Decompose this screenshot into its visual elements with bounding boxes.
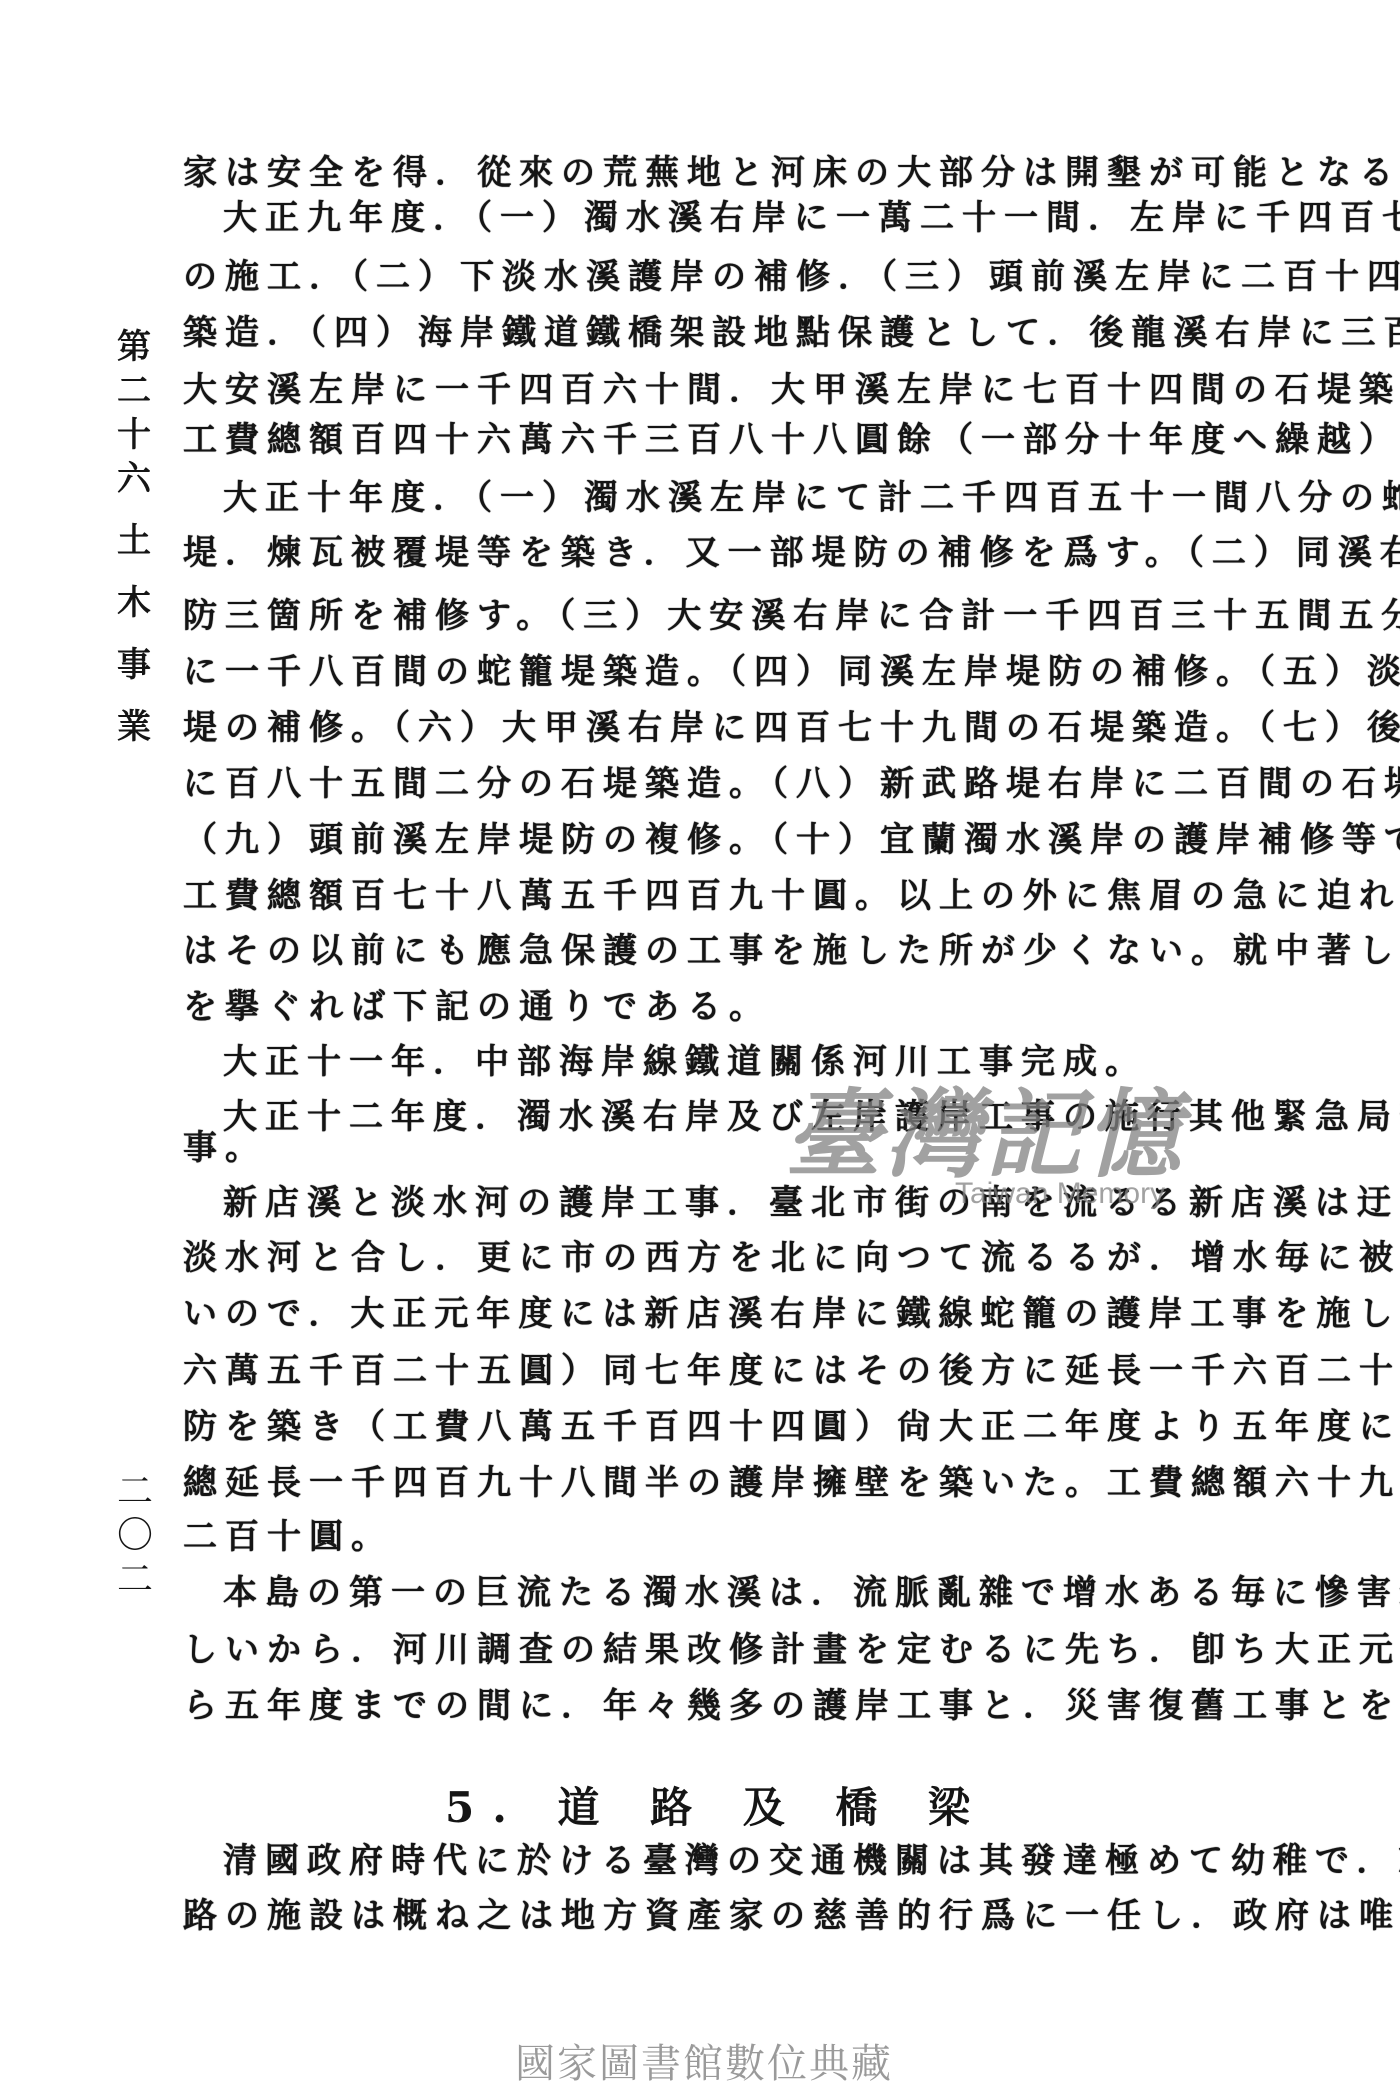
text-line: 防三箇所を補修す。（三）大安溪右岸に合計一千四百三十五間五分と．他 [183, 596, 1263, 636]
text-line: 堤の補修。（六）大甲溪右岸に四百七十九間の石堤築造。（七）後龍溪右岸 [183, 708, 1263, 748]
text-line: を擧ぐれば下記の通りである。 [183, 987, 1263, 1027]
library-footer: 國家圖書館數位典藏 [515, 2032, 893, 2089]
text-line: 清國政府時代に於ける臺灣の交通機關は其發達極めて幼稚で．就中道 [183, 1841, 1303, 1881]
text-line: 事。 [183, 1128, 1263, 1168]
chapter-title-char: 六 [112, 457, 156, 501]
text-line: 工費總額百四十六萬六千三百八十八圓餘（一部分十年度へ繰越） [183, 420, 1263, 460]
text-line: 六萬五千百二十五圓）同七年度にはその後方に延長一千六百二十間の堤 [183, 1351, 1263, 1391]
text-line: に百八十五間二分の石堤築造。（八）新武路堤右岸に二百間の石堤築造。 [183, 764, 1263, 804]
chapter-title-char: 木 [112, 581, 156, 625]
page-number-char: 二 [105, 1558, 165, 1602]
chapter-title-char: 第 [112, 325, 156, 369]
chapter-title-char: 事 [112, 643, 156, 687]
text-line: 淡水河と合し．更に市の西方を北に向つて流るるが．增水毎に被害が多 [183, 1238, 1263, 1278]
section-heading: 5. 道 路 及 橋 梁 [445, 1775, 988, 1835]
text-line: 大安溪左岸に一千四百六十間．大甲溪左岸に七百十四間の石堤築造．此 [183, 370, 1263, 410]
chapter-title-char: 十 [112, 413, 156, 457]
text-line: 新店溪と淡水河の護岸工事．臺北市街の南を流るる新店溪は迂曲して [183, 1183, 1303, 1223]
page-number-char: 二 [105, 1470, 165, 1514]
text-line: 大正十一年．中部海岸線鐵道關係河川工事完成。 [183, 1042, 1303, 1082]
text-line: いので．大正元年度には新店溪右岸に鐵線蛇籠の護岸工事を施し．（工費 [183, 1294, 1263, 1334]
text-line: 大正九年度．（一）濁水溪右岸に一萬二十一間．左岸に千四百七十六間 [183, 198, 1303, 238]
text-line: 工費總額百七十八萬五千四百九十圓。以上の外に焦眉の急に迫れる所に [183, 876, 1263, 916]
page-number: 二 〇 二 [105, 1470, 165, 1602]
text-line: 防を築き（工費八萬五千百四十四圓）尙大正二年度より五年度に亙り． [183, 1407, 1263, 1447]
chapter-title-char: 業 [112, 705, 156, 749]
text-line: 路の施設は概ね之は地方資產家の慈善的行爲に一任し．政府は唯一部幹 [183, 1896, 1263, 1936]
chapter-title-char: 土 [112, 519, 156, 563]
text-line: （九）頭前溪左岸堤防の複修。（十）宜蘭濁水溪岸の護岸補修等で．以上の [183, 820, 1263, 860]
text-line: の施工．（二）下淡水溪護岸の補修．（三）頭前溪左岸に二百十四間の石堤 [183, 257, 1263, 297]
text-line: 總延長一千四百九十八間半の護岸擁壁を築いた。工費總額六十九萬三千 [183, 1463, 1263, 1503]
text-line: 築造．（四）海岸鐵道鐵橋架設地點保護として．後龍溪右岸に三百六十間 [183, 313, 1263, 353]
text-line: 二百十圓。 [183, 1517, 1263, 1557]
chapter-title-vertical: 第 二 十 六 土 木 事 業 [112, 325, 156, 749]
text-line: 家は安全を得．從來の荒蕪地と河床の大部分は開墾が可能となる。 [183, 153, 1263, 193]
chapter-title-char: 二 [112, 369, 156, 413]
text-line: に一千八百間の蛇籠堤築造。（四）同溪左岸堤防の補修。（五）淡水河右岸 [183, 652, 1263, 692]
text-line: 大正十年度．（一）濁水溪左岸にて計二千四百五十一間八分の蛇籠堤土 [183, 478, 1303, 518]
text-line: 堤．煉瓦被覆堤等を築き．又一部堤防の補修を爲す。（二）同溪右岸の堤 [183, 533, 1263, 573]
text-line: しいから．河川調查の結果改修計畫を定むるに先ち．卽ち大正元年度か [183, 1630, 1263, 1670]
text-line: はその以前にも應急保護の工事を施した所が少くない。就中著しいもの [183, 931, 1263, 971]
page-number-char: 〇 [105, 1514, 165, 1558]
text-line: ら五年度までの間に．年々幾多の護岸工事と．災害復舊工事とを行ふた。 [183, 1686, 1263, 1726]
text-line: 本島の第一の巨流たる濁水溪は．流脈亂雜で增水ある毎に慘害最も甚 [183, 1573, 1303, 1613]
